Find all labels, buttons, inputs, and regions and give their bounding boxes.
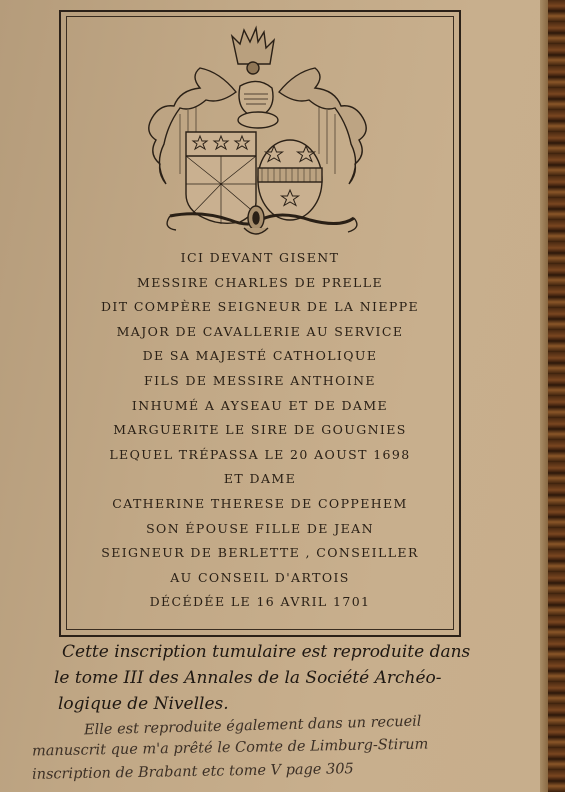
inscription-line: MESSIRE CHARLES DE PRELLE (70, 271, 450, 296)
note-line: Cette inscription tumulaire est reprodui… (62, 642, 470, 662)
inscription-line: CATHERINE THERESE DE COPPEHEM (70, 492, 450, 517)
inscription-line: MAJOR DE CAVALLERIE AU SERVICE (70, 320, 450, 345)
inscription-line: AU CONSEIL D'ARTOIS (70, 566, 450, 591)
inscription-line: FILS DE MESSIRE ANTHOINE (70, 369, 450, 394)
inscription-line: SEIGNEUR DE BERLETTE , CONSEILLER (70, 541, 450, 566)
inscription-line: MARGUERITE LE SIRE DE GOUGNIES (70, 418, 450, 443)
inscription-line: DE SA MAJESTÉ CATHOLIQUE (70, 344, 450, 369)
marbled-book-edge (548, 0, 565, 792)
inscription-line: INHUMÉ A AYSEAU ET DE DAME (70, 394, 450, 419)
page-edge (540, 0, 548, 792)
inscription-line: ET DAME (70, 467, 450, 492)
inscription-line: ICI DEVANT GISENT (70, 246, 450, 271)
coat-of-arms-icon (140, 14, 375, 239)
inscription-line: LEQUEL TRÉPASSA LE 20 AOUST 1698 (70, 443, 450, 468)
inscription-line: SON ÉPOUSE FILLE DE JEAN (70, 517, 450, 542)
note-line: logique de Nivelles. (58, 694, 229, 714)
inscription-line: DIT COMPÈRE SEIGNEUR DE LA NIEPPE (70, 295, 450, 320)
note-line: le tome III des Annales de la Société Ar… (54, 668, 442, 688)
inscription-line: DÉCÉDÉE LE 16 AVRIL 1701 (70, 590, 450, 615)
tomb-inscription: ICI DEVANT GISENT MESSIRE CHARLES DE PRE… (70, 246, 450, 615)
